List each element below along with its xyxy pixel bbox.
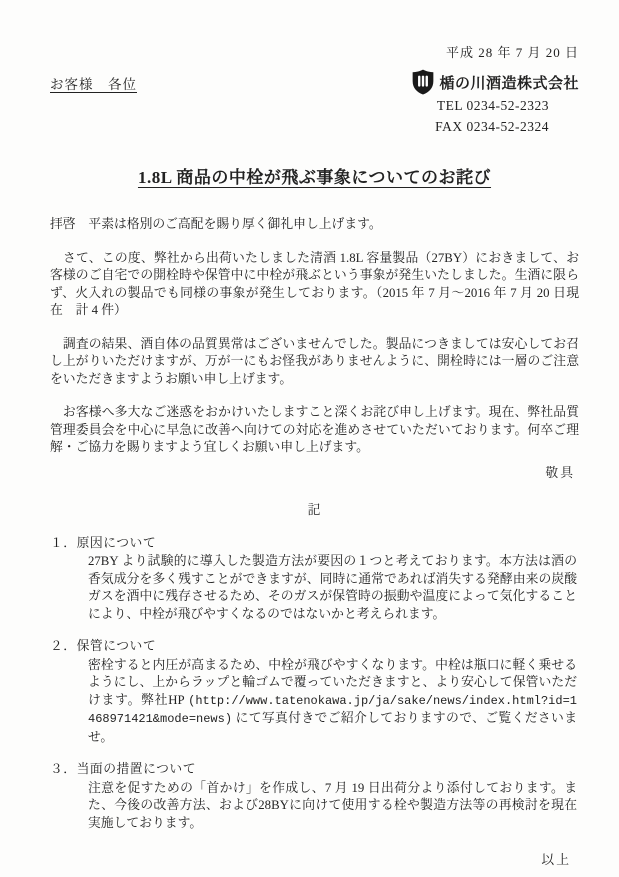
company-tel: TEL 0234-52-2323 [412, 95, 579, 116]
closing-keigu: 敬具 [50, 465, 579, 483]
paragraph-apology: お客様へ多大なご迷惑をおかけいたしますこと深くお詫び申し上げます。現在、弊社品質… [50, 404, 579, 457]
document-title: 1.8L 商品の中栓が飛ぶ事象についてのお詫び [50, 163, 579, 188]
document-page: 平成 28 年 7 月 20 日 お客様 各位 楯の川酒造株式会社 TEL 02… [0, 0, 619, 877]
section-cause: １．原因について 27BY より試験的に導入した製造方法が要因の１つと考えており… [50, 535, 579, 624]
document-title-text: 1.8L 商品の中栓が飛ぶ事象についてのお詫び [138, 168, 491, 187]
paragraph-greeting: 拝啓 平素は格別のご高配を賜り厚く御礼申し上げます。 [50, 216, 579, 234]
section-measures-body: 注意を促すための「首かけ」を作成し、7 月 19 日出荷分より添付しております。… [50, 780, 579, 833]
section-measures: ３．当面の措置について 注意を促すための「首かけ」を作成し、7 月 19 日出荷… [50, 761, 579, 832]
recipient-line: お客様 各位 [50, 73, 137, 93]
shield-three-bars-icon [412, 69, 434, 95]
section-cause-heading: １．原因について [50, 535, 579, 553]
company-fax: FAX 0234-52-2324 [412, 116, 579, 137]
section-storage: ２．保管について 密栓すると内圧が高まるため、中栓が飛びやすくなります。中栓は瓶… [50, 638, 579, 746]
company-block: 楯の川酒造株式会社 TEL 0234-52-2323 FAX 0234-52-2… [412, 69, 579, 137]
end-note-ijou: 以上 [50, 852, 579, 870]
company-row: 楯の川酒造株式会社 [412, 69, 579, 95]
document-date: 平成 28 年 7 月 20 日 [50, 44, 579, 61]
paragraph-investigation: 調査の結果、酒自体の品質異常はございませんでした。製品につきましては安心してお召… [50, 336, 579, 389]
paragraph-incident: さて、この度、弊社から出荷いたしました清酒 1.8L 容量製品（27BY）におき… [50, 250, 579, 320]
letter-body: 拝啓 平素は格別のご高配を賜り厚く御礼申し上げます。 さて、この度、弊社から出荷… [50, 216, 579, 870]
section-measures-heading: ３．当面の措置について [50, 761, 579, 779]
section-storage-heading: ２．保管について [50, 638, 579, 656]
record-heading: 記 [50, 502, 579, 520]
section-storage-body: 密栓すると内圧が高まるため、中栓が飛びやすくなります。中栓は瓶口に軽く乗せるよう… [50, 657, 579, 747]
company-name: 楯の川酒造株式会社 [439, 72, 579, 93]
letter-header: お客様 各位 楯の川酒造株式会社 TEL 0234-52-2323 FAX 02… [50, 69, 579, 137]
section-cause-body: 27BY より試験的に導入した製造方法が要因の１つと考えております。本方法は酒の… [50, 553, 579, 623]
